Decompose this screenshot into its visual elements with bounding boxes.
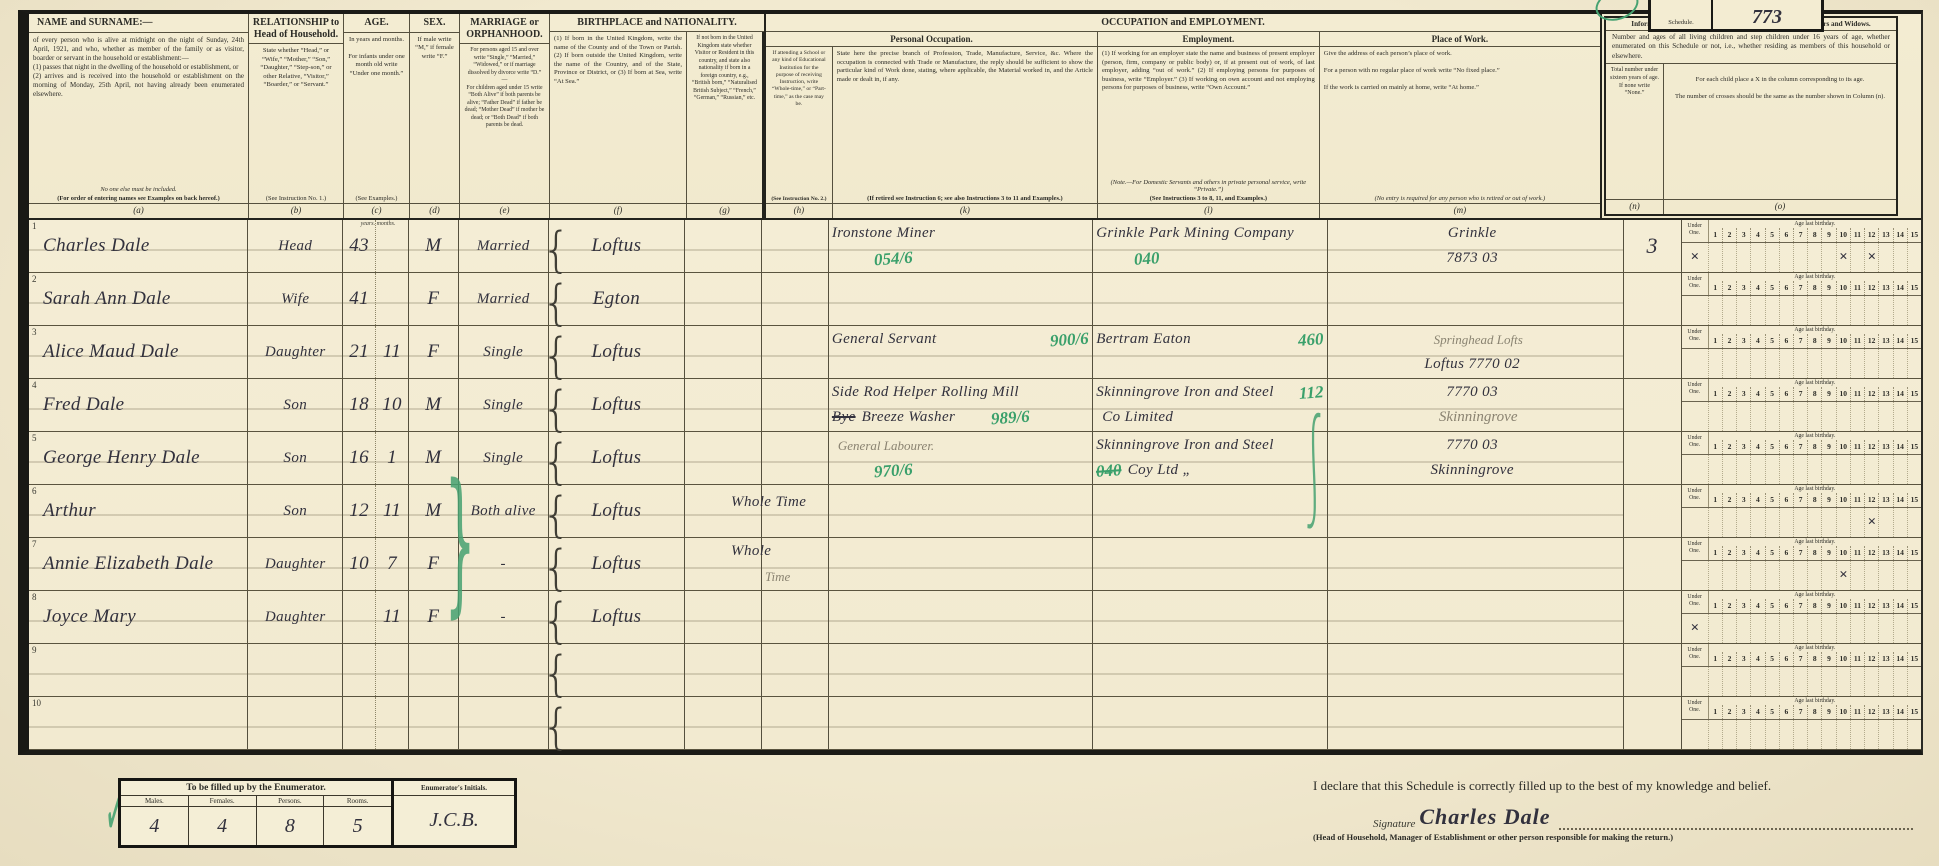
- table-row: 5 George Henry Dale Son 16 1 M Single { …: [29, 432, 1921, 485]
- birthplace-column-body: (1) If born in the United Kingdom, write…: [550, 32, 686, 203]
- age-years-cell: 21: [343, 326, 376, 378]
- schedule-number-box: Schedule. 773: [1648, 0, 1824, 32]
- person-name: Joyce Mary: [29, 606, 247, 628]
- sex-cell: [409, 697, 459, 749]
- age-cross-cell: [1850, 243, 1864, 272]
- age-cross-cell: [1765, 296, 1779, 325]
- employment-column-note: (Note.—For Domestic Servants and others …: [1098, 178, 1319, 194]
- age-years-cell: [343, 644, 376, 696]
- age-cross-mark: ×: [1839, 249, 1848, 266]
- age-cross-cell: [1893, 720, 1907, 749]
- birthplace-value: Loftus: [591, 447, 641, 469]
- age-years-cell: 16: [343, 432, 376, 484]
- employment-column-body: (1) If working for an employer state the…: [1098, 47, 1319, 178]
- name-cell: 1 Charles Dale: [29, 220, 248, 272]
- age-years-cell: 18: [343, 379, 376, 431]
- sex-value: M: [425, 394, 441, 416]
- age-cross-cell: [1750, 455, 1764, 484]
- age-cross-cell: [1736, 614, 1750, 643]
- column-group-birthplace: BIRTHPLACE and NATIONALITY. (1) If born …: [550, 14, 764, 218]
- school-value-1: Whole Time: [731, 494, 825, 511]
- table-row: 4 Fred Dale Son 18 10 M Single { Loftus …: [29, 379, 1921, 432]
- age-cross-cell: ×: [1836, 561, 1850, 590]
- age-cross-cell: [1821, 561, 1835, 590]
- children-age-grid: UnderOne.Age last birthday.1234567891011…: [1682, 485, 1921, 537]
- nationality-column-body: If not born in the United Kingdom state …: [687, 32, 762, 203]
- age-cross-cell: [1907, 720, 1921, 749]
- age-months-value: 11: [383, 500, 401, 522]
- school-cell: [762, 697, 829, 749]
- employer-line1: Skinningrove Iron and Steel: [1096, 384, 1274, 401]
- age-cross-cell: [1807, 243, 1821, 272]
- age-cross-cell: [1750, 561, 1764, 590]
- age-cross-cell: [1821, 667, 1835, 696]
- age-cross-cell: [1907, 667, 1921, 696]
- table-row: 7 Annie Elizabeth Dale Daughter 10 7 F -…: [29, 538, 1921, 591]
- name-column-title: NAME and SURNAME:—: [29, 14, 248, 33]
- column-header-occupation: State here the precise branch of Profess…: [833, 47, 1097, 218]
- marriage-cell: [459, 644, 549, 696]
- school-cell: [762, 591, 829, 643]
- birthplace-value: Loftus: [591, 394, 641, 416]
- sex-value: F: [427, 288, 439, 310]
- column-header-name: NAME and SURNAME:— of every person who i…: [29, 14, 249, 218]
- relationship-cell: [248, 644, 343, 696]
- employer-code-green: 460: [1297, 329, 1324, 351]
- age-cross-cell: [1779, 349, 1793, 378]
- school-cell: [762, 644, 829, 696]
- school-cell: [762, 432, 829, 484]
- place-of-work-cell: Grinkle 7873 03: [1328, 220, 1624, 272]
- age-cross-cell: [1682, 667, 1708, 696]
- enumerator-column: Males.4: [121, 796, 189, 845]
- sex-column-title: SEX.: [410, 14, 459, 33]
- enumerator-box-title: To be filled up by the Enumerator.: [121, 781, 391, 796]
- age-cross-cell: [1779, 508, 1793, 537]
- row-number: 4: [32, 380, 37, 390]
- age-years-value: 43: [349, 235, 369, 257]
- age-cross-cell: [1850, 720, 1864, 749]
- children-age-grid: UnderOne.Age last birthday.1234567891011…: [1682, 644, 1921, 696]
- enumerator-column-value: 4: [189, 807, 256, 845]
- sex-cell: [409, 644, 459, 696]
- enumerator-column: Persons.8: [257, 796, 325, 845]
- occupation-cell: [829, 273, 1093, 325]
- age-years-value: 12: [349, 500, 369, 522]
- name-cell: 9: [29, 644, 248, 696]
- age-grid-cell: UnderOne.Age last birthday.1234567891011…: [1682, 432, 1921, 484]
- age-cross-cell: [1850, 561, 1864, 590]
- marriage-value: Single: [483, 397, 523, 414]
- age-cross-cell: [1708, 402, 1722, 431]
- place-line1: 7770 03: [1446, 384, 1498, 401]
- children-age-grid: UnderOne.Age last birthday.1234567891011…: [1682, 432, 1921, 484]
- age-cross-cell: [1821, 349, 1835, 378]
- age-grid-cell: UnderOne.Age last birthday.1234567891011…: [1682, 273, 1921, 325]
- age-cross-cell: [1836, 455, 1850, 484]
- column-header-sex: SEX. If male write “M,” if female write …: [410, 14, 460, 218]
- age-cross-cell: [1821, 402, 1835, 431]
- age-cross-cell: [1907, 243, 1921, 272]
- age-cross-cell: [1893, 296, 1907, 325]
- nationality-cell: [685, 697, 762, 749]
- table-row: 3 Alice Maud Dale Daughter 21 11 F Singl…: [29, 326, 1921, 379]
- age-cross-cell: [1893, 508, 1907, 537]
- children-age-grid: UnderOne.Age last birthday.1234567891011…: [1682, 697, 1921, 749]
- place-of-work-cell: [1328, 644, 1624, 696]
- employment-cell: [1093, 538, 1327, 590]
- row-number: 9: [32, 645, 37, 655]
- age-cross-cell: [1708, 614, 1722, 643]
- place-of-work-cell: [1328, 273, 1624, 325]
- age-cross-cell: [1850, 508, 1864, 537]
- age-cross-cell: [1779, 455, 1793, 484]
- column-header-age-grid: For each child place a X in the column c…: [1664, 64, 1896, 214]
- column-header-total-children: Total number under sixteen years of age.…: [1606, 64, 1664, 214]
- occupation-code2-green: 989/6: [991, 406, 1031, 429]
- sex-cell: F: [409, 538, 459, 590]
- marriage-value: Both alive: [471, 503, 536, 520]
- age-cross-cell: [1793, 243, 1807, 272]
- occupation-cell: General Servant900/6: [829, 326, 1093, 378]
- enumerator-column-value: 8: [257, 807, 324, 845]
- age-cross-cell: [1793, 402, 1807, 431]
- table-row: 10 { UnderOne.Age last birthda: [29, 697, 1921, 750]
- marriage-cell: -: [459, 591, 549, 643]
- table-row: 8 Joyce Mary Daughter 11 F - { Loftus: [29, 591, 1921, 644]
- relationship-cell: Head: [248, 220, 343, 272]
- age-cross-cell: [1722, 402, 1736, 431]
- relationship-column-note: (See Instruction No. 1.): [249, 194, 343, 203]
- marriage-value: Single: [483, 344, 523, 361]
- age-months-value: 10: [382, 394, 402, 416]
- enumerator-box: To be filled up by the Enumerator. Males…: [118, 778, 517, 848]
- age-cross-cell: [1821, 614, 1835, 643]
- age-cross-cell: [1793, 720, 1807, 749]
- school-cell: [762, 273, 829, 325]
- relationship-value: Daughter: [265, 344, 326, 361]
- enumerator-column-header: Persons.: [257, 796, 324, 807]
- age-cross-cell: [1682, 508, 1708, 537]
- relationship-value: Son: [283, 503, 307, 520]
- age-cross-cell: [1836, 720, 1850, 749]
- employment-cell: [1093, 273, 1327, 325]
- employment-cell: [1093, 644, 1327, 696]
- age-cross-cell: [1736, 720, 1750, 749]
- marriage-cell: Single: [459, 326, 549, 378]
- column-letter-g: (g): [687, 203, 762, 218]
- age-years-value: 16: [349, 447, 369, 469]
- age-cross-cell: [1708, 720, 1722, 749]
- age-cross-cell: [1893, 402, 1907, 431]
- age-months-cell: 7: [376, 538, 409, 590]
- employer-code2-green: 040: [1134, 248, 1161, 270]
- age-cross-cell: [1765, 243, 1779, 272]
- age-cross-cell: [1722, 667, 1736, 696]
- age-grid-cell: UnderOne.Age last birthday.1234567891011…: [1682, 697, 1921, 749]
- age-grid-column-body: For each child place a X in the column c…: [1664, 64, 1896, 199]
- birthplace-cell: { Loftus: [549, 591, 686, 643]
- age-years-value: 41: [349, 288, 369, 310]
- table-row: 9 { UnderOne.Age last birthday: [29, 644, 1921, 697]
- age-cross-cell: [1850, 349, 1864, 378]
- column-header-employment: Employment. (1) If working for an employ…: [1098, 32, 1320, 218]
- place-of-work-column-note: (No entry is required for any person who…: [1320, 194, 1600, 203]
- age-cross-cell: [1682, 720, 1708, 749]
- schedule-rows: years. months. } ⎰ 1 Charles Dale Head 4…: [29, 220, 1921, 750]
- occupation-cell: General Labourer. 970/6: [829, 432, 1093, 484]
- age-cross-cell: [1878, 402, 1892, 431]
- age-months-cell: 11: [376, 591, 409, 643]
- age-cross-cell: [1708, 243, 1722, 272]
- occupation-column-body: State here the precise branch of Profess…: [833, 47, 1097, 194]
- age-cross-cell: [1736, 349, 1750, 378]
- sex-cell: F: [409, 326, 459, 378]
- enumerator-column-value: 4: [121, 807, 188, 845]
- birthplace-value: Loftus: [591, 500, 641, 522]
- age-cross-cell: [1736, 508, 1750, 537]
- relationship-value: Head: [278, 238, 312, 255]
- age-cross-cell: [1893, 455, 1907, 484]
- age-cross-cell: [1722, 720, 1736, 749]
- employer-code-struck-green: 040: [1096, 460, 1123, 482]
- age-cross-cell: [1750, 349, 1764, 378]
- row-number: 3: [32, 327, 37, 337]
- column-header-relationship: RELATIONSHIP to Head of Household. State…: [249, 14, 344, 218]
- nationality-cell: [685, 220, 762, 272]
- age-cross-cell: [1907, 614, 1921, 643]
- age-cross-cell: [1836, 349, 1850, 378]
- total-children-cell: [1624, 697, 1682, 749]
- total-children-cell: [1624, 432, 1682, 484]
- total-children-cell: [1624, 326, 1682, 378]
- age-cross-cell: [1708, 455, 1722, 484]
- occupation-cell: [829, 697, 1093, 749]
- person-name: Alice Maud Dale: [29, 341, 247, 363]
- age-cross-cell: [1708, 349, 1722, 378]
- place-of-work-column-body: Give the address of each person’s place …: [1320, 47, 1600, 194]
- age-months-value: 11: [383, 341, 401, 363]
- age-cross-cell: [1864, 720, 1878, 749]
- employment-cell: [1093, 485, 1327, 537]
- column-header-nationality: If not born in the United Kingdom state …: [687, 32, 764, 218]
- name-cell: 7 Annie Elizabeth Dale: [29, 538, 248, 590]
- age-cross-cell: [1765, 349, 1779, 378]
- column-header-birthplace: (1) If born in the United Kingdom, write…: [550, 32, 687, 218]
- age-cross-cell: [1893, 667, 1907, 696]
- age-cross-cell: [1821, 720, 1835, 749]
- age-cross-cell: [1722, 243, 1736, 272]
- school-cell: Whole Time: [762, 485, 829, 537]
- place-of-work-cell: [1328, 697, 1624, 749]
- column-letter-h: (h): [766, 203, 832, 218]
- birthplace-cell: { Loftus: [549, 220, 686, 272]
- employer-line1: Skinningrove Iron and Steel: [1096, 437, 1274, 454]
- marriage-cell: Married: [459, 273, 549, 325]
- age-cross-cell: [1850, 667, 1864, 696]
- declaration-text: I declare that this Schedule is correctl…: [1313, 778, 1913, 794]
- age-cross-cell: [1765, 720, 1779, 749]
- age-cross-cell: ×: [1836, 243, 1850, 272]
- age-months-cell: [376, 697, 409, 749]
- age-cross-cell: [1682, 402, 1708, 431]
- person-name: Charles Dale: [29, 235, 247, 257]
- row-number: 2: [32, 274, 37, 284]
- age-cross-cell: [1807, 349, 1821, 378]
- place-of-work-cell: [1328, 591, 1624, 643]
- employer-code-green: 112: [1298, 382, 1324, 404]
- age-cross-cell: [1750, 720, 1764, 749]
- row-number: 1: [32, 221, 37, 231]
- marriage-value: -: [501, 556, 506, 573]
- age-cross-cell: [1836, 667, 1850, 696]
- age-cross-cell: [1878, 243, 1892, 272]
- relationship-value: Daughter: [265, 556, 326, 573]
- age-cross-cell: [1864, 614, 1878, 643]
- occupation-line1: General Servant: [832, 331, 937, 348]
- age-cross-cell: [1750, 296, 1764, 325]
- age-cross-cell: [1850, 455, 1864, 484]
- table-row: 2 Sarah Ann Dale Wife 41 F Married { Egt…: [29, 273, 1921, 326]
- occupation-cell: [829, 485, 1093, 537]
- age-cross-cell: [1765, 508, 1779, 537]
- row-number: 7: [32, 539, 37, 549]
- age-cross-mark: ×: [1690, 620, 1699, 637]
- place-line1: 7770 03: [1446, 437, 1498, 454]
- person-name: Fred Dale: [29, 394, 247, 416]
- occupation-cell: Ironstone Miner 054/6: [829, 220, 1093, 272]
- employer-line1: Bertram Eaton: [1096, 331, 1191, 348]
- school-column-note: (See Instruction No. 2.): [766, 195, 832, 203]
- employment-column-see: (See Instructions 3 to 8, 11, and Exampl…: [1098, 194, 1319, 203]
- occupation-column-note: (If retired see Instruction 6; see also …: [833, 194, 1097, 203]
- form-header: NAME and SURNAME:— of every person who i…: [29, 14, 1921, 220]
- marriage-value: Married: [477, 238, 530, 255]
- school-cell: [762, 379, 829, 431]
- column-letter-e: (e): [460, 203, 549, 218]
- relationship-cell: Daughter: [248, 538, 343, 590]
- person-name: Arthur: [29, 500, 247, 522]
- column-letter-d: (d): [410, 203, 459, 218]
- age-cross-cell: [1836, 508, 1850, 537]
- age-months-value: 7: [387, 553, 397, 575]
- enumerator-column: Rooms.5: [324, 796, 391, 845]
- name-column-note2: (For order of entering names see Example…: [29, 194, 248, 203]
- school-cell: [762, 326, 829, 378]
- age-grid-cell: UnderOne.Age last birthday.1234567891011…: [1682, 591, 1921, 643]
- sex-value: F: [427, 606, 439, 628]
- age-cross-cell: [1907, 402, 1921, 431]
- person-name: Sarah Ann Dale: [29, 288, 247, 310]
- age-cross-cell: [1893, 561, 1907, 590]
- children-age-grid: UnderOne.Age last birthday.1234567891011…: [1682, 326, 1921, 378]
- employment-column-title: Employment.: [1098, 32, 1319, 47]
- age-cross-cell: [1779, 667, 1793, 696]
- age-cross-cell: [1907, 455, 1921, 484]
- age-cross-cell: [1864, 455, 1878, 484]
- birthplace-value: Loftus: [591, 553, 641, 575]
- occupation-code-green: 900/6: [1050, 328, 1090, 351]
- age-months-value: 11: [383, 606, 401, 628]
- age-cross-mark: ×: [1839, 567, 1848, 584]
- age-cross-cell: [1793, 614, 1807, 643]
- employment-cell: [1093, 697, 1327, 749]
- age-cross-cell: [1864, 402, 1878, 431]
- age-months-cell: 10: [376, 379, 409, 431]
- name-column-note1: No one else must be included.: [29, 185, 248, 194]
- age-cross-cell: [1779, 243, 1793, 272]
- marriage-value: Single: [483, 450, 523, 467]
- census-form: NAME and SURNAME:— of every person who i…: [18, 10, 1923, 755]
- signature-line: [1559, 824, 1913, 830]
- age-cross-cell: [1736, 561, 1750, 590]
- children-age-grid: UnderOne.Age last birthday.1234567891011…: [1682, 273, 1921, 325]
- age-cross-cell: [1708, 561, 1722, 590]
- occupation-cell: [829, 538, 1093, 590]
- children-age-grid: UnderOne.Age last birthday.1234567891011…: [1682, 379, 1921, 431]
- age-cross-cell: [1779, 561, 1793, 590]
- marriage-cell: Single: [459, 379, 549, 431]
- column-header-marriage: MARRIAGE or ORPHANHOOD. For persons aged…: [460, 14, 550, 218]
- age-cross-cell: [1836, 402, 1850, 431]
- age-grid-cell: UnderOne.Age last birthday.1234567891011…: [1682, 220, 1921, 272]
- column-header-school: If attending a School or any kind of Edu…: [766, 47, 833, 218]
- form-footer: To be filled up by the Enumerator. Males…: [0, 778, 1939, 848]
- age-cross-cell: ×: [1864, 243, 1878, 272]
- enumerator-column-value: 5: [324, 807, 391, 845]
- birthplace-cell: {: [549, 644, 686, 696]
- occupation-line1: Side Rod Helper Rolling Mill: [832, 384, 1019, 401]
- name-cell: 2 Sarah Ann Dale: [29, 273, 248, 325]
- schedule-label: Schedule.: [1651, 0, 1713, 29]
- place-line2-pencil: Skinningrove: [1439, 409, 1518, 426]
- age-years-cell: 41: [343, 273, 376, 325]
- age-years-cell: 10: [343, 538, 376, 590]
- age-cross-mark: ×: [1690, 249, 1699, 266]
- name-column-body: of every person who is alive at midnight…: [29, 33, 248, 186]
- age-cross-cell: [1878, 720, 1892, 749]
- employment-cell: [1093, 591, 1327, 643]
- age-years-cell: 43: [343, 220, 376, 272]
- age-cross-cell: [1907, 296, 1921, 325]
- occupation-cell: [829, 644, 1093, 696]
- enumerator-column-header: Females.: [189, 796, 256, 807]
- relationship-cell: Son: [248, 432, 343, 484]
- age-grid-cell: UnderOne.Age last birthday.1234567891011…: [1682, 644, 1921, 696]
- sex-value: M: [425, 447, 441, 469]
- age-cross-cell: [1722, 614, 1736, 643]
- relationship-cell: Son: [248, 485, 343, 537]
- age-cross-cell: [1736, 243, 1750, 272]
- column-letter-o: (o): [1664, 199, 1896, 214]
- age-cross-cell: [1779, 614, 1793, 643]
- age-cross-cell: [1878, 561, 1892, 590]
- age-cross-cell: [1864, 561, 1878, 590]
- birthplace-value: Loftus: [591, 235, 641, 257]
- birthplace-value: Loftus: [591, 341, 641, 363]
- birthplace-group-title: BIRTHPLACE and NATIONALITY.: [550, 14, 764, 32]
- marriage-value: Married: [477, 291, 530, 308]
- age-years-value: 18: [349, 394, 369, 416]
- age-cross-cell: [1807, 614, 1821, 643]
- birthplace-cell: { Loftus: [549, 326, 686, 378]
- age-cross-cell: [1878, 296, 1892, 325]
- enumerator-column: Females.4: [189, 796, 257, 845]
- age-cross-cell: [1750, 508, 1764, 537]
- age-months-value: 1: [387, 447, 397, 469]
- column-letter-a: (a): [29, 203, 248, 218]
- age-cross-cell: [1807, 508, 1821, 537]
